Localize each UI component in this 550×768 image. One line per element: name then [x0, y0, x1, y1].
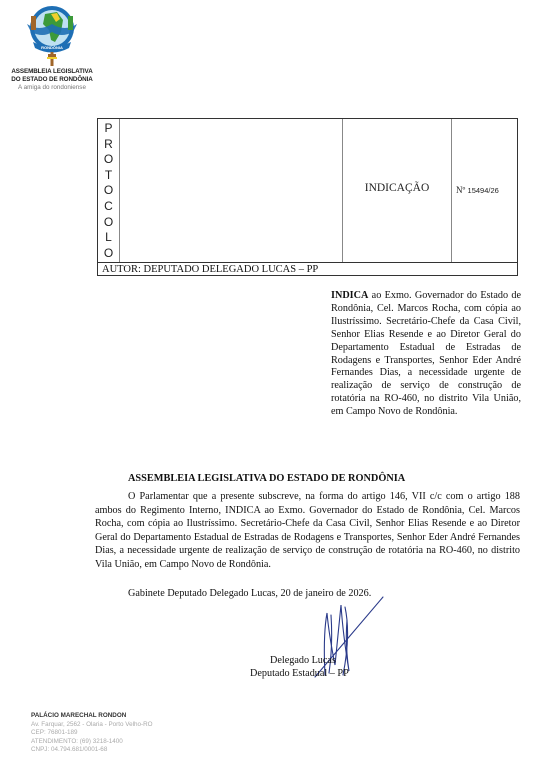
body-paragraph: O Parlamentar que a presente subscreve, … [95, 490, 520, 572]
document-type: INDICAÇÃO [343, 182, 451, 194]
footer-street: Av. Farquar, 2562 - Olaria - Porto Velho… [31, 721, 153, 730]
letterhead-line1: ASSEMBLEIA LEGISLATIVA [6, 68, 98, 76]
author-text: AUTOR: DEPUTADO DELEGADO LUCAS – PP [102, 264, 318, 275]
column-divider [451, 119, 452, 262]
protocol-box: P R O T O C O L O INDICAÇÃO Nº 15494/26 … [97, 118, 518, 276]
footer-title: PALÁCIO MARECHAL RONDON [31, 712, 153, 721]
letterhead-line2: DO ESTADO DE RONDÔNIA [6, 76, 98, 84]
footer-cep: CEP: 76801-189 [31, 729, 153, 738]
body-heading: ASSEMBLEIA LEGISLATIVA DO ESTADO DE ROND… [128, 473, 405, 484]
footer-address: PALÁCIO MARECHAL RONDON Av. Farquar, 256… [31, 712, 153, 755]
document-number: Nº 15494/26 [456, 185, 499, 195]
signatory-role: Deputado Estadual – PP [250, 668, 349, 679]
letterhead-tagline: A amiga do rondoniense [6, 84, 98, 92]
svg-text:RONDÔNIA: RONDÔNIA [41, 45, 63, 50]
state-emblem-icon: RONDÔNIA [21, 2, 83, 68]
signatory-name: Delegado Lucas [270, 655, 336, 666]
author-row: AUTOR: DEPUTADO DELEGADO LUCAS – PP [98, 262, 517, 276]
letterhead-logo: RONDÔNIA ASSEMBLEIA LEGISLATIVA DO ESTAD… [6, 2, 98, 92]
footer-phone: ATENDIMENTO: (69) 3218-1400 [31, 738, 153, 747]
ementa-summary: INDICA ao Exmo. Governador do Estado de … [331, 290, 521, 419]
protocol-vertical-label: P R O T O C O L O [98, 119, 120, 262]
footer-cnpj: CNPJ: 04.794.681/0001-68 [31, 746, 153, 755]
